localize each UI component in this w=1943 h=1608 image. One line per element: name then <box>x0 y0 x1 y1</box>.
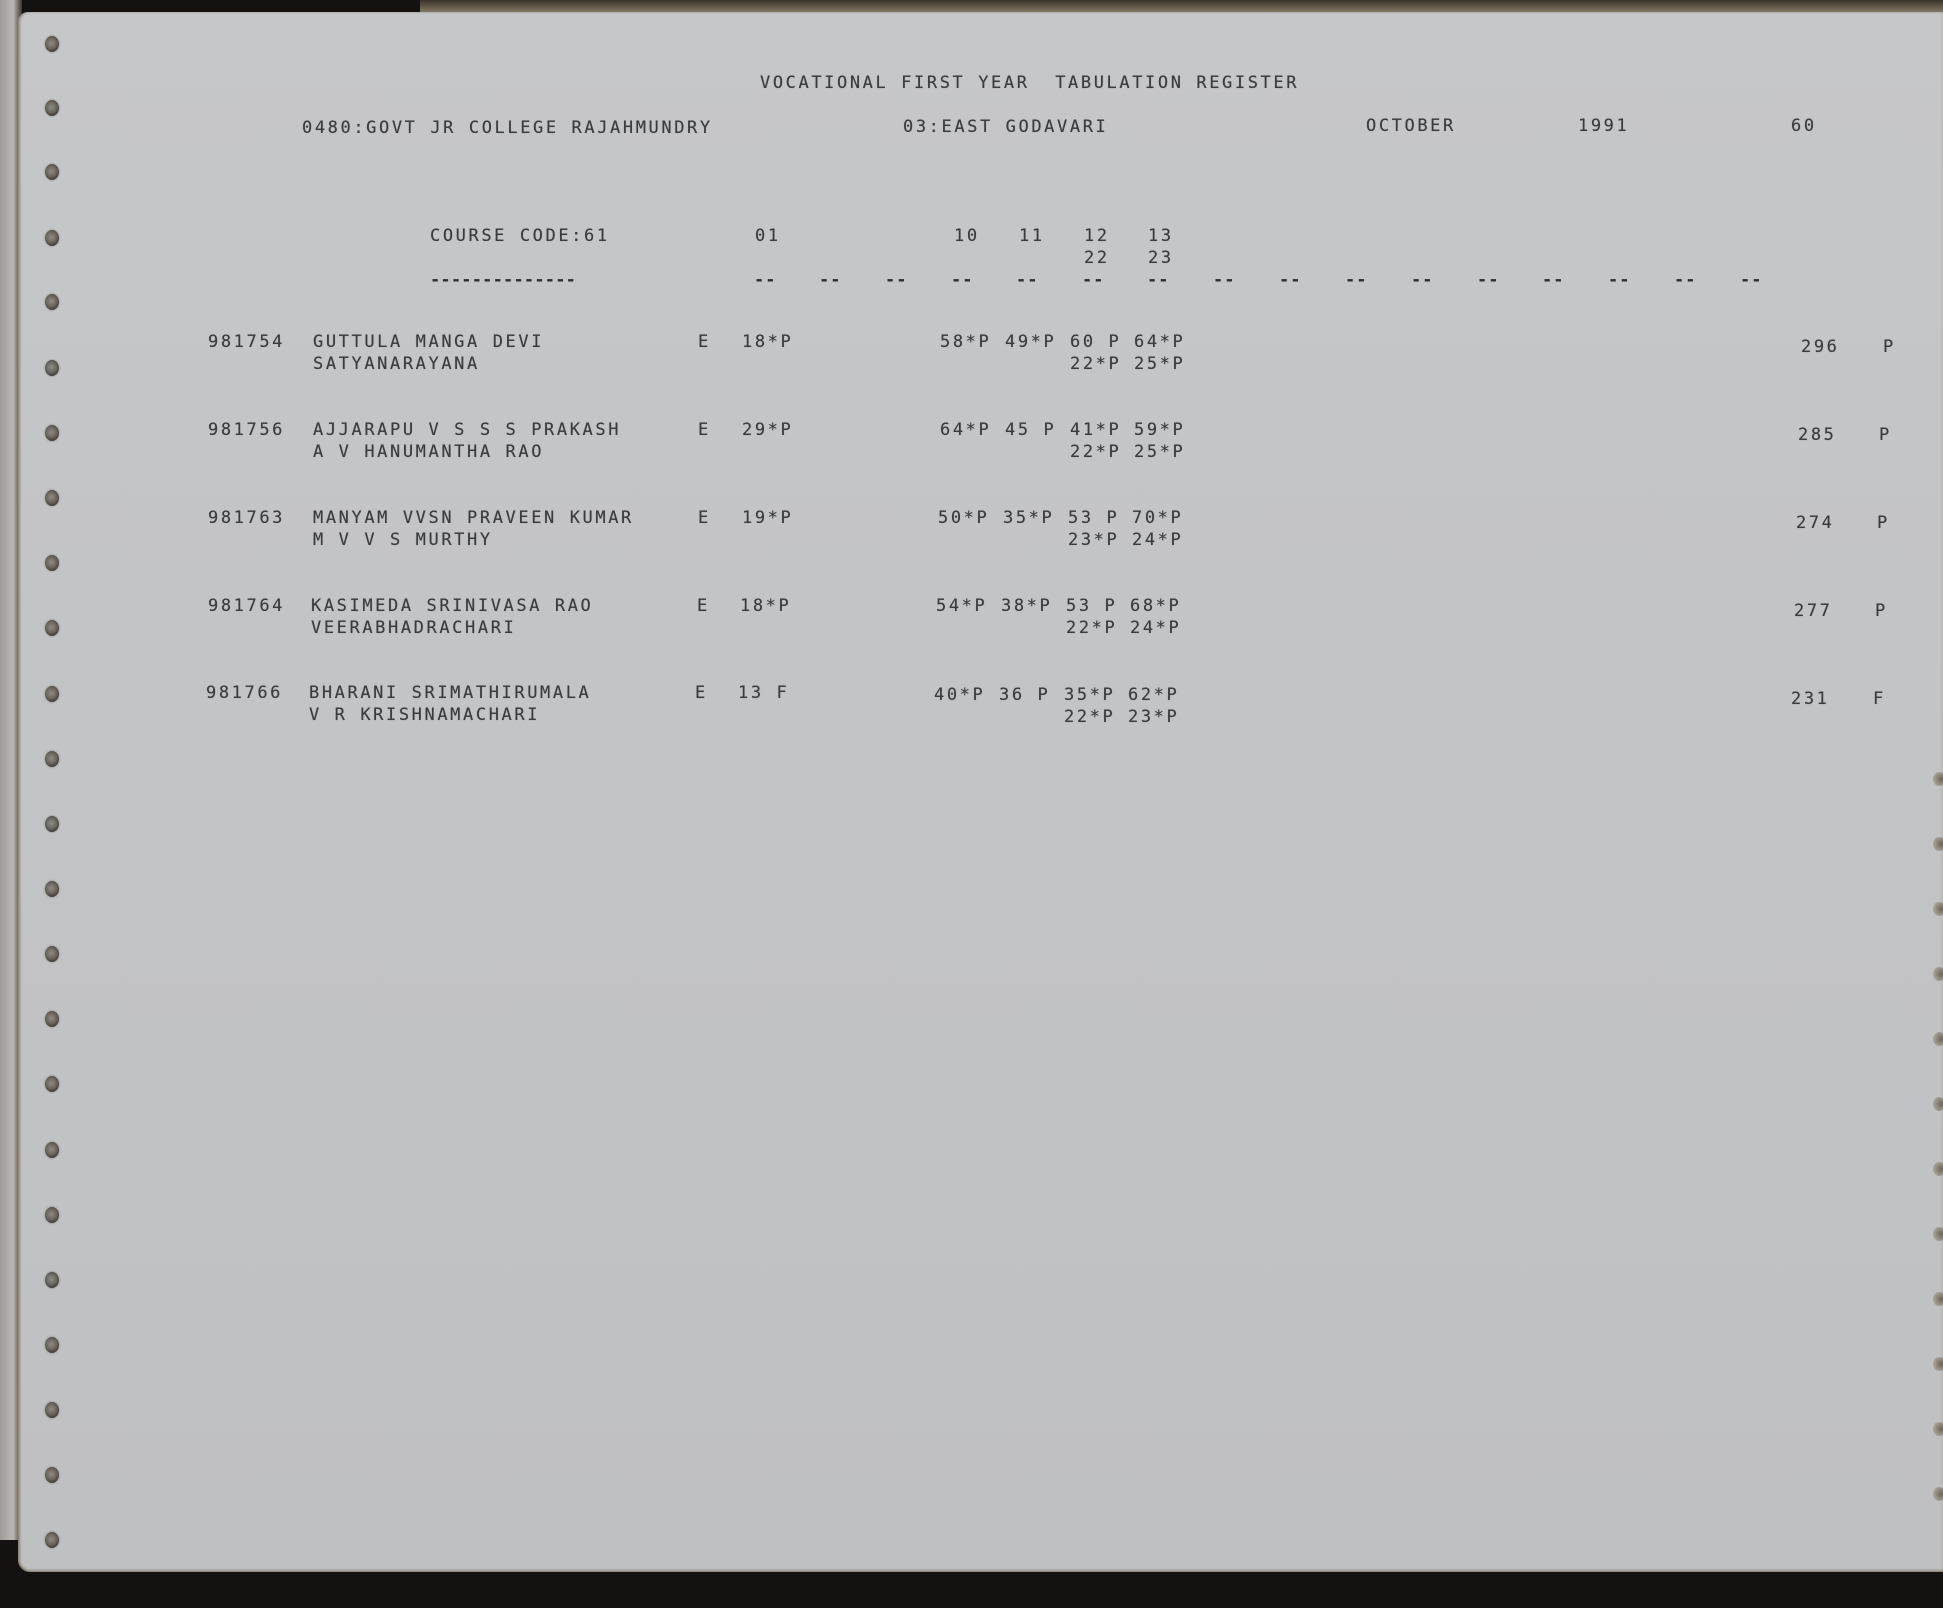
total-marks: 231 <box>1791 689 1830 709</box>
marks-12: 53 P <box>1068 508 1119 528</box>
subject-code-23: 23 <box>1148 248 1174 268</box>
binding-hole-icon <box>1933 772 1943 786</box>
binding-hole-icon <box>45 1272 59 1288</box>
result-status: P <box>1883 337 1896 357</box>
binding-hole-icon <box>45 1467 59 1483</box>
binding-hole-icon <box>45 294 59 310</box>
medium: E <box>698 508 711 528</box>
subject-code-11: 11 <box>1019 226 1045 246</box>
binding-hole-icon <box>1933 1422 1943 1436</box>
marks-11: 36 P <box>999 685 1050 705</box>
student-record: 981766 BHARANI SRIMATHIRUMALA V R KRISHN… <box>18 683 1943 743</box>
binding-hole-icon <box>1933 1227 1943 1241</box>
father-name: A V HANUMANTHA RAO <box>313 442 544 462</box>
marks-13: 64*P <box>1134 332 1185 352</box>
binding-hole-icon <box>45 100 59 116</box>
father-name: V R KRISHNAMACHARI <box>309 705 540 725</box>
column-separator: -- <box>1213 270 1235 290</box>
subject-code-22: 22 <box>1084 248 1110 268</box>
student-name: KASIMEDA SRINIVASA RAO <box>311 596 593 616</box>
binding-hole-icon <box>1933 967 1943 981</box>
marks-13: 59*P <box>1134 420 1185 440</box>
marks-13: 68*P <box>1130 596 1181 616</box>
column-separator: -- <box>1016 270 1038 290</box>
father-name: VEERABHADRACHARI <box>311 618 516 638</box>
roll-number: 981764 <box>208 596 285 616</box>
marks-23: 25*P <box>1134 442 1185 462</box>
column-separator: -- <box>1674 270 1696 290</box>
college-name: 0480:GOVT JR COLLEGE RAJAHMUNDRY <box>302 118 713 138</box>
roll-number: 981766 <box>206 683 283 703</box>
column-separator: -- <box>1477 270 1499 290</box>
marks-11: 35*P <box>1003 508 1054 528</box>
marks-10: 40*P <box>934 685 985 705</box>
total-marks: 277 <box>1794 601 1833 621</box>
binding-hole-icon <box>45 1011 59 1027</box>
student-name: MANYAM VVSN PRAVEEN KUMAR <box>313 508 634 528</box>
binding-hole-icon <box>45 1142 59 1158</box>
marks-11: 45 P <box>1005 420 1056 440</box>
binding-hole-icon <box>45 1076 59 1092</box>
marks-22: 22*P <box>1070 354 1121 374</box>
medium: E <box>698 420 711 440</box>
student-record: 981763 MANYAM VVSN PRAVEEN KUMAR M V V S… <box>18 508 1943 568</box>
column-separator: -- <box>819 270 841 290</box>
district-name: 03:EAST GODAVARI <box>903 117 1108 137</box>
binding-hole-icon <box>45 881 59 897</box>
column-separator: -- <box>1411 270 1433 290</box>
course-code-label: COURSE CODE:61 <box>430 226 610 246</box>
column-separator: -- <box>951 270 973 290</box>
marks-10: 64*P <box>940 420 991 440</box>
column-separator: -- <box>754 270 776 290</box>
column-separator: -- <box>1542 270 1564 290</box>
binding-hole-icon <box>45 36 59 52</box>
course-code-underline: -------------- <box>430 270 576 290</box>
medium: E <box>698 332 711 352</box>
medium: E <box>697 596 710 616</box>
subject-code-12: 12 <box>1084 226 1110 246</box>
binding-hole-icon <box>45 816 59 832</box>
marks-12: 60 P <box>1070 332 1121 352</box>
marks-22: 22*P <box>1064 707 1115 727</box>
student-name: BHARANI SRIMATHIRUMALA <box>309 683 591 703</box>
exam-year: 1991 <box>1578 116 1629 136</box>
father-name: SATYANARAYANA <box>313 354 480 374</box>
subject-code-13: 13 <box>1148 226 1174 246</box>
column-separator: -- <box>1147 270 1169 290</box>
roll-number: 981756 <box>208 420 285 440</box>
marks-11: 38*P <box>1001 596 1052 616</box>
column-separator: -- <box>885 270 907 290</box>
marks-23: 25*P <box>1134 354 1185 374</box>
page-number: 60 <box>1791 116 1817 136</box>
binding-hole-icon <box>1933 1162 1943 1176</box>
subject-code-10: 10 <box>954 226 980 246</box>
column-separator: -- <box>1082 270 1104 290</box>
result-status: F <box>1873 689 1886 709</box>
binding-hole-icon <box>1933 1357 1943 1371</box>
marks-23: 23*P <box>1128 707 1179 727</box>
binding-hole-icon <box>45 1207 59 1223</box>
exam-month: OCTOBER <box>1366 116 1456 136</box>
marks-12: 41*P <box>1070 420 1121 440</box>
result-status: P <box>1875 601 1888 621</box>
binding-hole-icon <box>45 164 59 180</box>
student-name: GUTTULA MANGA DEVI <box>313 332 544 352</box>
roll-number: 981763 <box>208 508 285 528</box>
binding-hole-icon <box>45 490 59 506</box>
marks-12: 35*P <box>1064 685 1115 705</box>
marks-10: 50*P <box>938 508 989 528</box>
result-status: P <box>1879 425 1892 445</box>
binding-hole-icon <box>45 1402 59 1418</box>
binding-hole-icon <box>1933 902 1943 916</box>
result-status: P <box>1877 513 1890 533</box>
binding-hole-icon <box>1933 837 1943 851</box>
tabulation-register-page: VOCATIONAL FIRST YEAR TABULATION REGISTE… <box>18 12 1943 1572</box>
register-title: VOCATIONAL FIRST YEAR TABULATION REGISTE… <box>760 73 1299 93</box>
marks-22: 23*P <box>1068 530 1119 550</box>
binding-hole-icon <box>1933 1097 1943 1111</box>
column-separator: -- <box>1740 270 1762 290</box>
father-name: M V V S MURTHY <box>313 530 493 550</box>
marks-01: 18*P <box>742 332 793 352</box>
marks-12: 53 P <box>1066 596 1117 616</box>
binding-hole-icon <box>1933 1032 1943 1046</box>
student-record: 981756 AJJARAPU V S S S PRAKASH A V HANU… <box>18 420 1943 480</box>
student-name: AJJARAPU V S S S PRAKASH <box>313 420 621 440</box>
subject-code-01: 01 <box>755 226 781 246</box>
column-separator: -- <box>1345 270 1367 290</box>
medium: E <box>695 683 708 703</box>
total-marks: 274 <box>1796 513 1835 533</box>
roll-number: 981754 <box>208 332 285 352</box>
student-record: 981754 GUTTULA MANGA DEVI SATYANARAYANA … <box>18 332 1943 392</box>
marks-10: 54*P <box>936 596 987 616</box>
binding-hole-icon <box>45 946 59 962</box>
total-marks: 296 <box>1801 337 1840 357</box>
marks-22: 22*P <box>1066 618 1117 638</box>
binding-hole-icon <box>45 230 59 246</box>
marks-13: 62*P <box>1128 685 1179 705</box>
binding-hole-icon <box>45 751 59 767</box>
binding-hole-icon <box>45 1337 59 1353</box>
total-marks: 285 <box>1798 425 1837 445</box>
marks-23: 24*P <box>1132 530 1183 550</box>
marks-22: 22*P <box>1070 442 1121 462</box>
student-record: 981764 KASIMEDA SRINIVASA RAO VEERABHADR… <box>18 596 1943 656</box>
column-separator: -- <box>1608 270 1630 290</box>
marks-11: 49*P <box>1005 332 1056 352</box>
marks-01: 29*P <box>742 420 793 440</box>
marks-23: 24*P <box>1130 618 1181 638</box>
marks-10: 58*P <box>940 332 991 352</box>
marks-01: 19*P <box>742 508 793 528</box>
column-separator: -- <box>1279 270 1301 290</box>
marks-01: 13 F <box>738 683 789 703</box>
binding-hole-icon <box>45 1532 59 1548</box>
marks-13: 70*P <box>1132 508 1183 528</box>
marks-01: 18*P <box>740 596 791 616</box>
binding-hole-icon <box>1933 1487 1943 1501</box>
photo-stage: VOCATIONAL FIRST YEAR TABULATION REGISTE… <box>0 0 1943 1608</box>
binding-hole-icon <box>1933 1292 1943 1306</box>
